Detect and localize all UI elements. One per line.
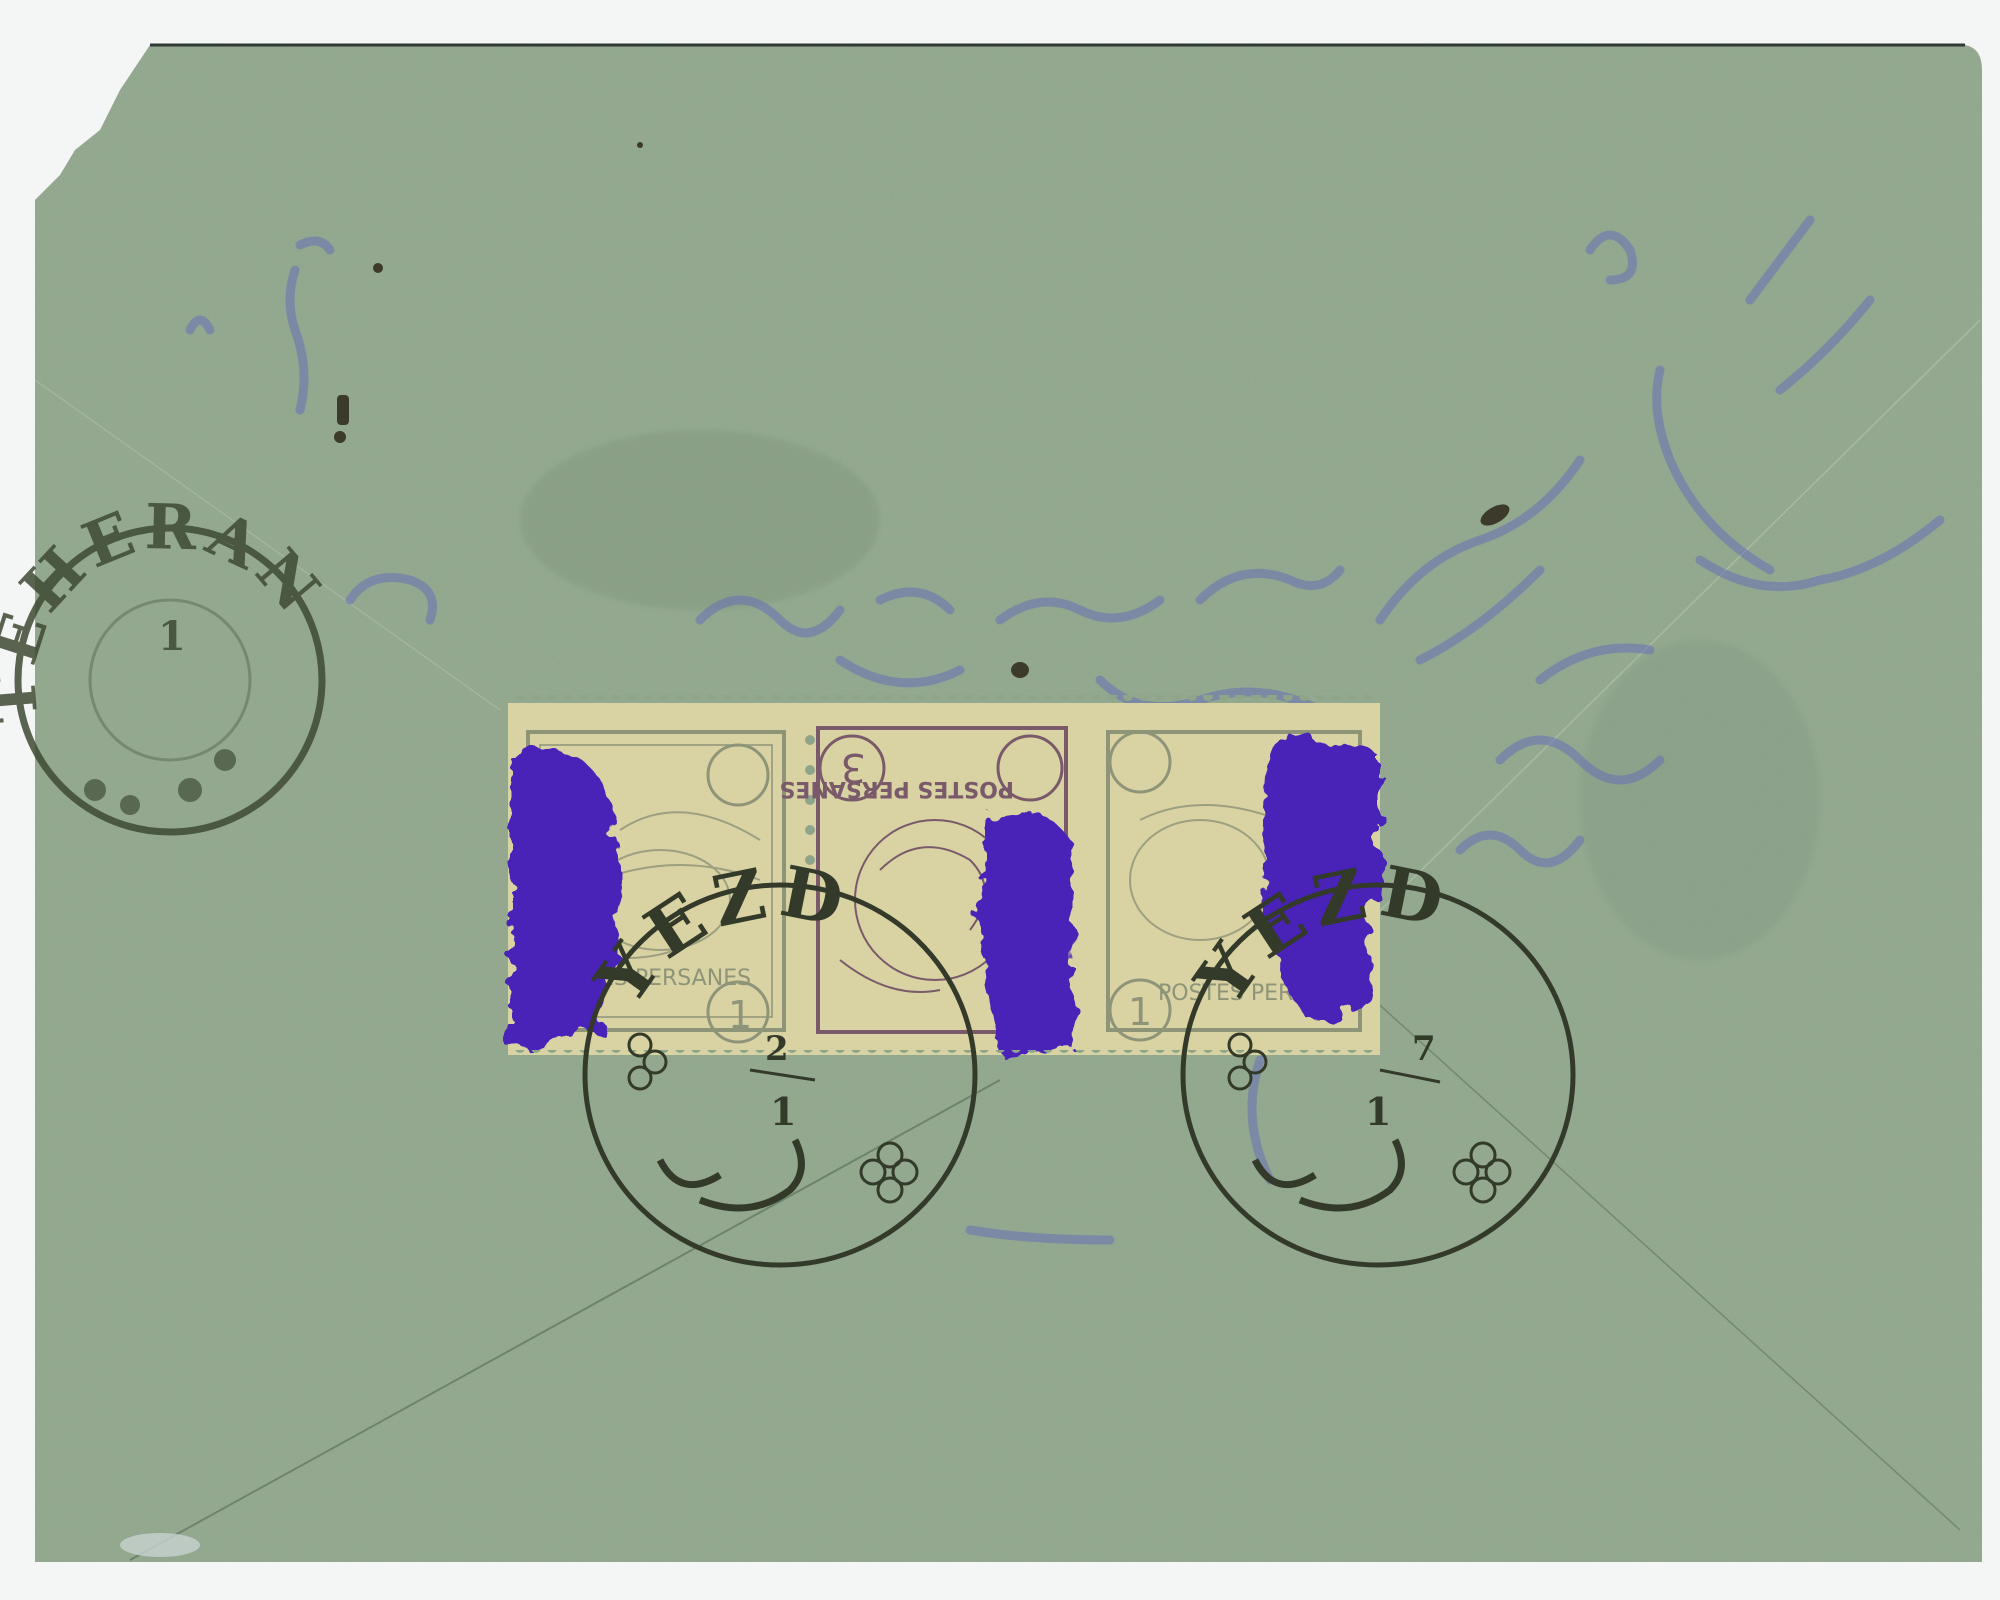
postmark-yezd-left-date-top: 2 (765, 1029, 789, 1069)
postmark-yezd-right-date-bottom: 1 (1365, 1089, 1391, 1134)
violet-cancel-middle (980, 813, 1075, 1055)
postmark-yezd-right-date-top: 7 (1412, 1029, 1436, 1069)
postmark-yezd-left-date-bottom: 1 (770, 1089, 796, 1134)
stamp-right-value: 1 (1128, 990, 1152, 1034)
postmark-teheran-center: 1 (158, 613, 186, 660)
stamp-middle-value: 3 (841, 744, 866, 790)
stamp-left-value: 1 (728, 993, 752, 1037)
envelope-photo: TEHERAN 1 ES PERSANES 1 (0, 0, 2000, 1600)
violet-cancel-left (510, 748, 620, 1051)
stamp-middle-inscription: POSTES PERSANES (780, 776, 1014, 801)
